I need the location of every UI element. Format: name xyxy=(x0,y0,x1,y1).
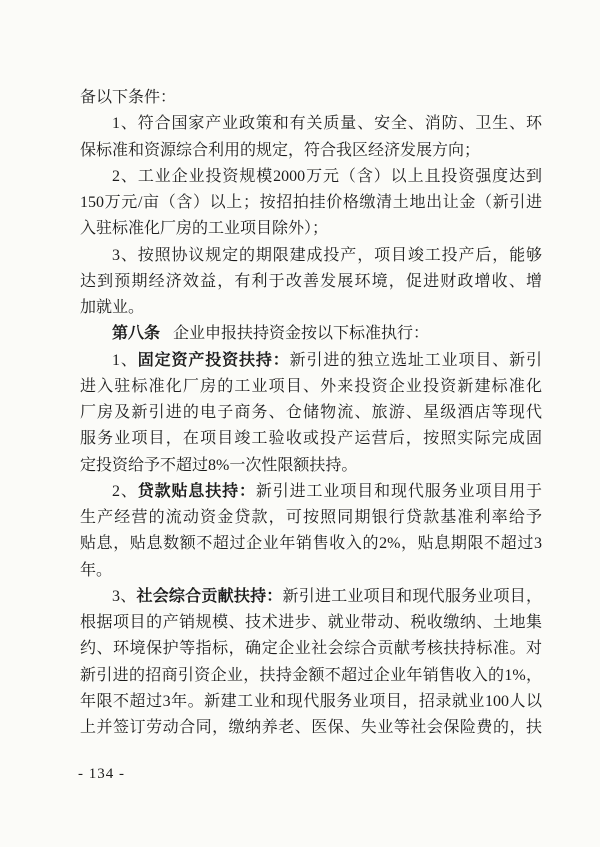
text-segment: 贴息，贴息数额不超过企业年销售收入的2%，贴息期限不超过3 xyxy=(80,535,542,552)
text-line-4: 2、工业企业投资规模2000万元（含）以上且投资强度达到 xyxy=(80,164,542,190)
text-line-24: 年限不超过3年。新建工业和现代服务业项目，招录就业100人以 xyxy=(80,689,542,715)
text-line-3: 保标准和资源综合利用的规定，符合我区经济发展方向； xyxy=(80,138,542,164)
text-segment: 根据项目的产销规模、技术进步、就业带动、税收缴纳、土地集 xyxy=(80,614,542,631)
text-segment: 1、 xyxy=(112,352,138,369)
text-segment: 备以下条件： xyxy=(80,89,176,106)
text-segment: 新引进的招商引资企业，扶持金额不超过企业年销售收入的1%， xyxy=(80,667,542,684)
text-line-16: 2、贷款贴息扶持：新引进工业项目和现代服务业项目用于 xyxy=(80,479,542,505)
text-line-1: 备以下条件： xyxy=(80,85,542,111)
text-segment: 加就业。 xyxy=(80,299,144,316)
text-segment: 2、 xyxy=(112,483,138,500)
text-segment: 生产经营的流动资金贷款，可按照同期银行贷款基准利率给予 xyxy=(80,509,542,526)
document-page: 备以下条件：1、符合国家产业政策和有关质量、安全、消防、卫生、环保标准和资源综合… xyxy=(0,0,600,847)
text-segment: 达到预期经济效益，有利于改善发展环境，促进财政增收、增 xyxy=(80,273,542,290)
bold-label: 固定资产投资扶持： xyxy=(138,352,290,369)
text-segment: 新引进的独立选址工业项目、新引 xyxy=(290,352,542,369)
text-line-20: 3、社会综合贡献扶持：新引进工业项目和现代服务业项目， xyxy=(80,584,542,610)
text-segment: 1、符合国家产业政策和有关质量、安全、消防、卫生、环 xyxy=(112,115,542,132)
text-segment: 2、工业企业投资规模2000万元（含）以上且投资强度达到 xyxy=(112,168,542,185)
text-line-10: 第八条企业申报扶持资金按以下标准执行： xyxy=(80,321,542,347)
text-segment: 150万元/亩（含）以上；按招拍挂价格缴清土地出让金（新引进 xyxy=(80,194,542,211)
text-segment: 进入驻标准化厂房的工业项目、外来投资企业投资新建标准化 xyxy=(80,378,542,395)
text-line-14: 服务业项目，在项目竣工验收或投产运营后，按照实际完成固 xyxy=(80,426,542,452)
text-line-22: 约、环境保护等指标，确定企业社会综合贡献考核扶持标准。对 xyxy=(80,636,542,662)
text-line-23: 新引进的招商引资企业，扶持金额不超过企业年销售收入的1%， xyxy=(80,663,542,689)
text-segment: 服务业项目，在项目竣工验收或投产运营后，按照实际完成固 xyxy=(80,430,542,447)
text-segment: 3、按照协议规定的期限建成投产，项目竣工投产后，能够 xyxy=(112,247,542,264)
text-segment: 新引进工业项目和现代服务业项目用于 xyxy=(256,483,542,500)
text-segment: 年限不超过3年。新建工业和现代服务业项目，招录就业100人以 xyxy=(80,693,542,710)
text-line-12: 进入驻标准化厂房的工业项目、外来投资企业投资新建标准化 xyxy=(80,374,542,400)
bold-label: 第八条 xyxy=(112,325,160,342)
text-segment: 约、环境保护等指标，确定企业社会综合贡献考核扶持标准。对 xyxy=(80,640,542,657)
bold-label: 贷款贴息扶持： xyxy=(138,483,256,500)
text-segment: 保标准和资源综合利用的规定，符合我区经济发展方向； xyxy=(80,142,480,159)
text-line-18: 贴息，贴息数额不超过企业年销售收入的2%，贴息期限不超过3 xyxy=(80,531,542,557)
text-line-11: 1、固定资产投资扶持：新引进的独立选址工业项目、新引 xyxy=(80,348,542,374)
text-segment: 企业申报扶持资金按以下标准执行： xyxy=(173,325,429,342)
bold-label: 社会综合贡献扶持： xyxy=(136,588,282,605)
text-line-13: 厂房及新引进的电子商务、仓储物流、旅游、星级酒店等现代 xyxy=(80,400,542,426)
text-segment: 3、 xyxy=(112,588,136,605)
text-segment: 定投资给予不超过8%一次性限额扶持。 xyxy=(80,457,357,474)
text-segment: 新引进工业项目和现代服务业项目， xyxy=(283,588,542,605)
text-segment: 厂房及新引进的电子商务、仓储物流、旅游、星级酒店等现代 xyxy=(80,404,542,421)
text-line-2: 1、符合国家产业政策和有关质量、安全、消防、卫生、环 xyxy=(80,111,542,137)
text-line-5: 150万元/亩（含）以上；按招拍挂价格缴清土地出让金（新引进 xyxy=(80,190,542,216)
document-body: 备以下条件：1、符合国家产业政策和有关质量、安全、消防、卫生、环保标准和资源综合… xyxy=(80,85,542,741)
text-segment: 上并签订劳动合同，缴纳养老、医保、失业等社会保险费的，扶 xyxy=(80,719,542,736)
text-line-21: 根据项目的产销规模、技术进步、就业带动、税收缴纳、土地集 xyxy=(80,610,542,636)
text-line-17: 生产经营的流动资金贷款，可按照同期银行贷款基准利率给予 xyxy=(80,505,542,531)
text-line-9: 加就业。 xyxy=(80,295,542,321)
text-line-25: 上并签订劳动合同，缴纳养老、医保、失业等社会保险费的，扶 xyxy=(80,715,542,741)
text-segment: 入驻标准化厂房的工业项目除外）； xyxy=(80,220,328,237)
text-line-7: 3、按照协议规定的期限建成投产，项目竣工投产后，能够 xyxy=(80,243,542,269)
page-number: - 134 - xyxy=(78,766,125,783)
text-line-8: 达到预期经济效益，有利于改善发展环境，促进财政增收、增 xyxy=(80,269,542,295)
text-line-6: 入驻标准化厂房的工业项目除外）； xyxy=(80,216,542,242)
text-segment: 年。 xyxy=(80,562,112,579)
text-line-15: 定投资给予不超过8%一次性限额扶持。 xyxy=(80,453,542,479)
text-line-19: 年。 xyxy=(80,558,542,584)
